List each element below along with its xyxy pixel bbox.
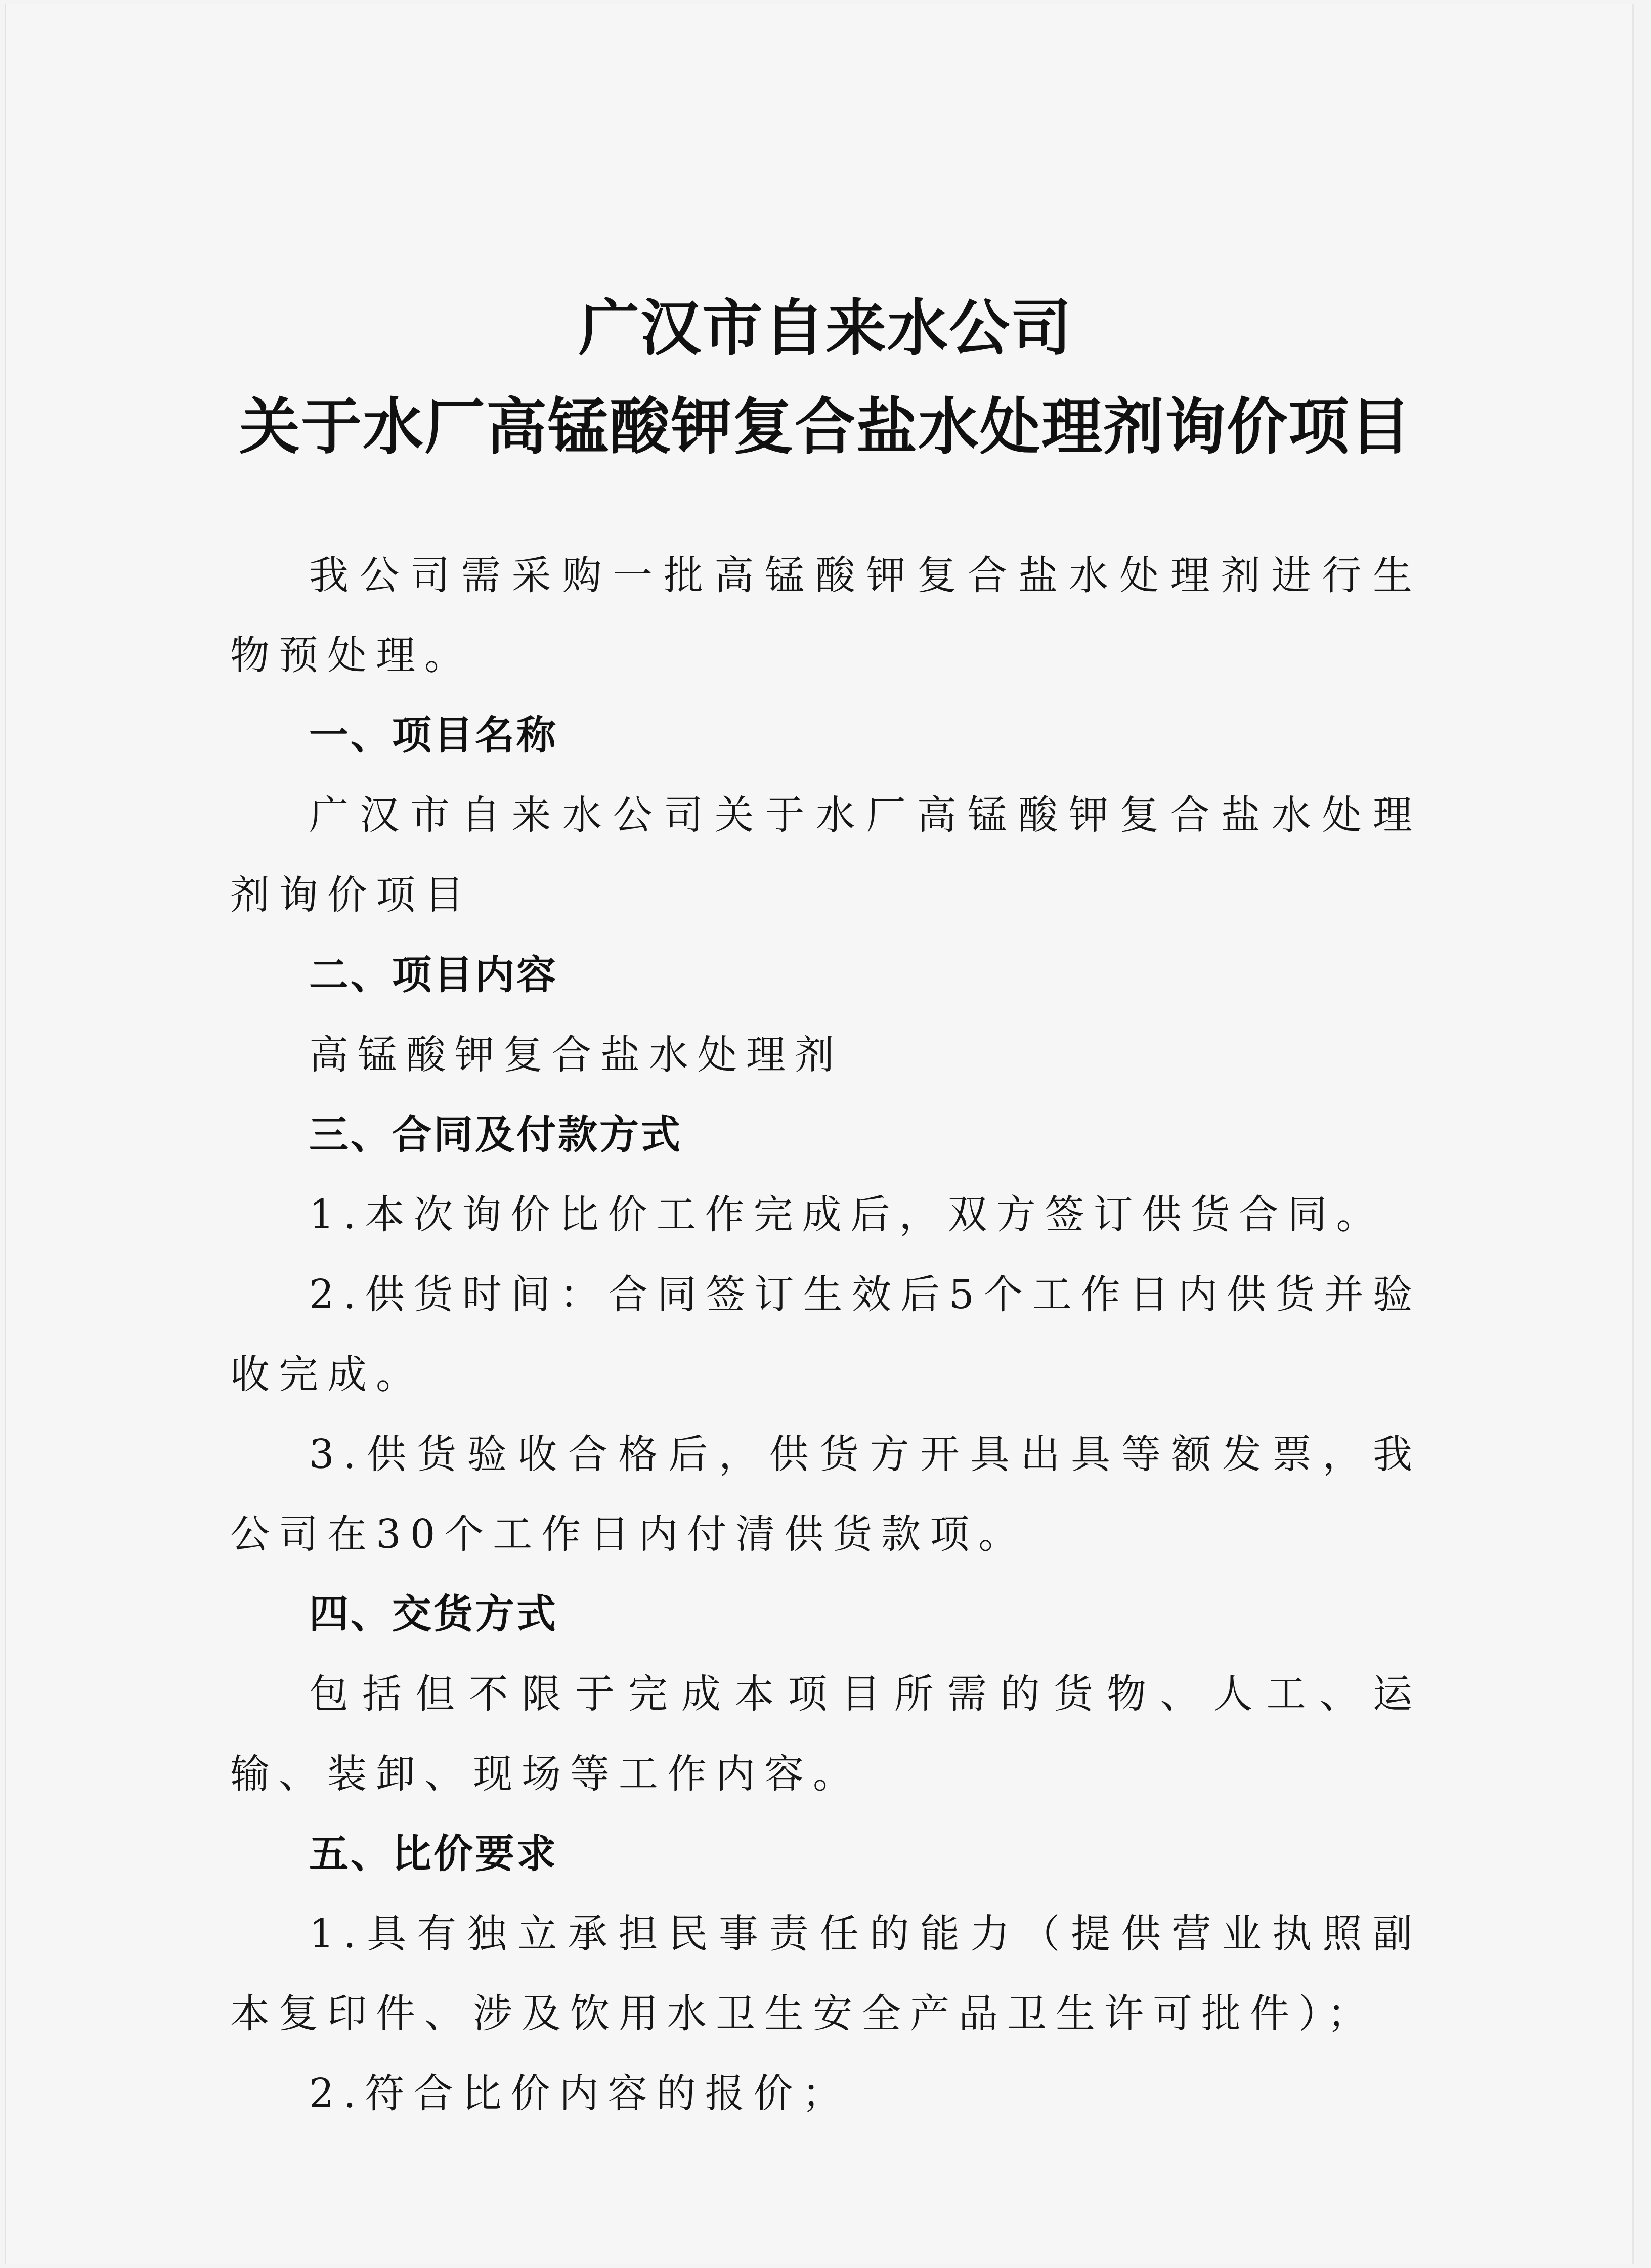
section-heading: 三、合同及付款方式	[230, 1095, 1421, 1175]
section-paragraph: 3.供货验收合格后，供货方开具出具等额发票，我公司在30个工作日内付清供货款项。	[230, 1415, 1421, 1575]
section-paragraph: 广汉市自来水公司关于水厂高锰酸钾复合盐水处理剂询价项目	[230, 776, 1421, 936]
section-paragraph: 高锰酸钾复合盐水处理剂	[230, 1015, 1421, 1095]
section-paragraph: 2.供货时间：合同签订生效后5个工作日内供货并验收完成。	[230, 1255, 1421, 1415]
section-paragraph: 1.本次询价比价工作完成后，双方签订供货合同。	[230, 1175, 1421, 1255]
section-heading: 五、比价要求	[230, 1814, 1421, 1894]
section-comparison-requirements: 五、比价要求 1.具有独立承担民事责任的能力（提供营业执照副本复印件、涉及饮用水…	[230, 1814, 1421, 2134]
section-paragraph: 包括但不限于完成本项目所需的货物、人工、运输、装卸、现场等工作内容。	[230, 1655, 1421, 1814]
section-project-content: 二、项目内容 高锰酸钾复合盐水处理剂	[230, 936, 1421, 1095]
intro-paragraph: 我公司需采购一批高锰酸钾复合盐水处理剂进行生物预处理。	[230, 536, 1421, 696]
section-heading: 四、交货方式	[230, 1575, 1421, 1655]
section-project-name: 一、项目名称 广汉市自来水公司关于水厂高锰酸钾复合盐水处理剂询价项目	[230, 696, 1421, 936]
document-title-line-1: 广汉市自来水公司	[0, 288, 1651, 369]
section-heading: 二、项目内容	[230, 936, 1421, 1015]
section-heading: 一、项目名称	[230, 696, 1421, 776]
section-paragraph: 2.符合比价内容的报价；	[230, 2054, 1421, 2134]
section-contract-payment: 三、合同及付款方式 1.本次询价比价工作完成后，双方签订供货合同。 2.供货时间…	[230, 1095, 1421, 1575]
document-body: 我公司需采购一批高锰酸钾复合盐水处理剂进行生物预处理。 一、项目名称 广汉市自来…	[230, 536, 1421, 2134]
section-paragraph: 1.具有独立承担民事责任的能力（提供营业执照副本复印件、涉及饮用水卫生安全产品卫…	[230, 1894, 1421, 2054]
document-title-line-2: 关于水厂高锰酸钾复合盐水处理剂询价项目	[0, 387, 1651, 468]
section-delivery-method: 四、交货方式 包括但不限于完成本项目所需的货物、人工、运输、装卸、现场等工作内容…	[230, 1575, 1421, 1814]
